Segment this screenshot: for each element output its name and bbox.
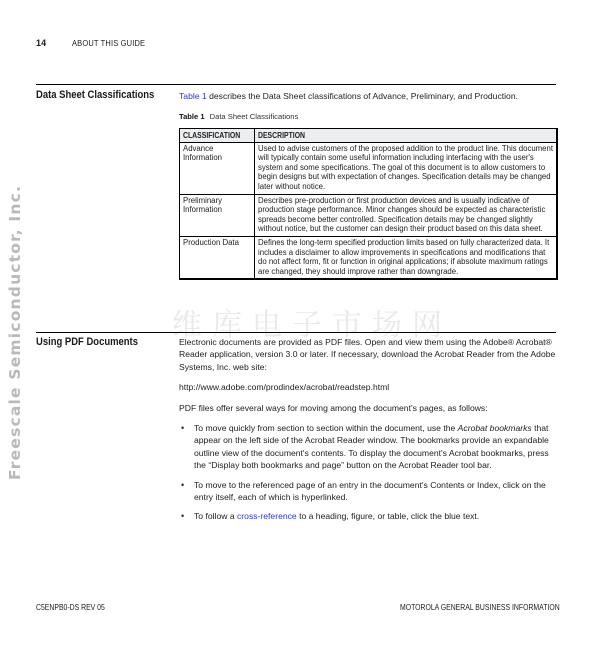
description-cell: Used to advise customers of the proposed… [255,142,558,194]
page-number: 14 [36,38,46,48]
table-caption-label: Table 1 [179,112,205,121]
section1-intro-text: describes the Data Sheet classifications… [207,91,518,101]
section-title-data-sheet-classifications: Data Sheet Classifications [36,89,154,101]
section-title-using-pdf-documents: Using PDF Documents [36,336,138,348]
section-rule [36,332,556,333]
list-item: • To follow a cross-reference to a headi… [179,510,561,522]
section2-para2: PDF files offer several ways for moving … [179,402,559,414]
description-cell: Describes pre-production or first produc… [255,194,558,236]
adobe-url: http://www.adobe.com/prodindex/acrobat/r… [179,381,559,393]
bullet-icon: • [181,510,184,522]
navigation-bullets: • To move quickly from section to sectio… [179,422,561,530]
running-head: ABOUT THIS GUIDE [72,38,145,48]
table1-link[interactable]: Table 1 [179,91,207,101]
bullet-icon: • [181,422,184,434]
bullet-icon: • [181,479,184,491]
footer-doc-id: C5ENPB0-DS REV 05 [36,603,105,612]
table-row: Advance Information Used to advise custo… [180,142,558,194]
classification-cell: Preliminary Information [180,194,255,236]
classification-cell: Advance Information [180,142,255,194]
table-caption: Table 1Data Sheet Classifications [179,112,298,121]
column-header-description: DESCRIPTION [255,129,558,143]
table-row: Production Data Defines the long-term sp… [180,236,558,279]
list-item: • To move to the referenced page of an e… [179,479,561,504]
section2-para1: Electronic documents are provided as PDF… [179,336,559,373]
classification-cell: Production Data [180,236,255,279]
table-header-row: CLASSIFICATION DESCRIPTION [180,129,558,143]
table-caption-title: Data Sheet Classifications [210,112,299,121]
section1-intro: Table 1 describes the Data Sheet classif… [179,90,559,102]
section-rule [36,84,556,85]
side-watermark: Freescale Semiconductor, Inc. [6,160,24,480]
description-cell: Defines the long-term specified producti… [255,236,558,279]
cross-reference-link[interactable]: cross-reference [237,511,297,521]
classification-table: CLASSIFICATION DESCRIPTION Advance Infor… [179,128,558,280]
acrobat-bookmarks-term: Acrobat bookmarks [458,423,532,433]
table-row: Preliminary Information Describes pre-pr… [180,194,558,236]
list-item: • To move quickly from section to sectio… [179,422,561,472]
footer-classification: MOTOROLA GENERAL BUSINESS INFORMATION [400,603,560,612]
column-header-classification: CLASSIFICATION [180,129,255,143]
